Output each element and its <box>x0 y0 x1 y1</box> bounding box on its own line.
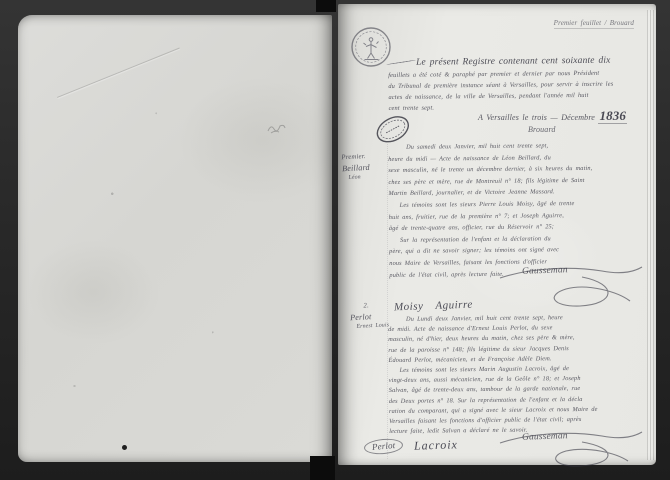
dateline-place: A Versailles le trois — Décembre <box>478 113 595 122</box>
act2-body: Du Lundi deux Janvier, mil huit cent tre… <box>388 312 655 437</box>
officer-signature: Gausseman <box>496 264 646 310</box>
folio-note: Premier feuillet / Brouard <box>554 19 634 29</box>
signature-flourish-icon <box>496 264 646 310</box>
witness-signatures: Moisy Aguirre <box>394 299 473 314</box>
pencil-scribble-icon <box>266 121 288 142</box>
gutter-notch-bottom <box>310 456 335 480</box>
margin-line: Léon <box>342 172 390 183</box>
gutter-notch-top <box>316 0 336 12</box>
ink-blot <box>122 445 127 450</box>
signature-lacroix: Lacroix <box>413 437 457 454</box>
signature-brouard: Brouard <box>528 125 556 134</box>
declarant-signatures: Perlot Lacroix <box>364 438 458 454</box>
tribunal-round-seal-icon <box>350 26 392 73</box>
signature-flourish-icon <box>496 430 646 468</box>
dateline-year: 1836 <box>598 108 627 124</box>
signature-perlot: Perlot <box>363 437 404 455</box>
right-page: Premier feuillet / Brouard Le <box>338 4 656 465</box>
fold-crease <box>57 48 180 98</box>
register-scan: Premier feuillet / Brouard Le <box>0 0 670 480</box>
act1-margin-note: Premier. Beillard Léon <box>341 151 391 183</box>
officer-signature: Gausseman <box>496 430 646 476</box>
opening-statement: Le présent Registre contenant cent soixa… <box>388 53 655 114</box>
left-page <box>18 15 332 462</box>
dateline: A Versailles le trois — Décembre 1836 <box>478 108 627 124</box>
act1-body: Du samedi deux Janvier, mil huit cent tr… <box>388 139 655 281</box>
